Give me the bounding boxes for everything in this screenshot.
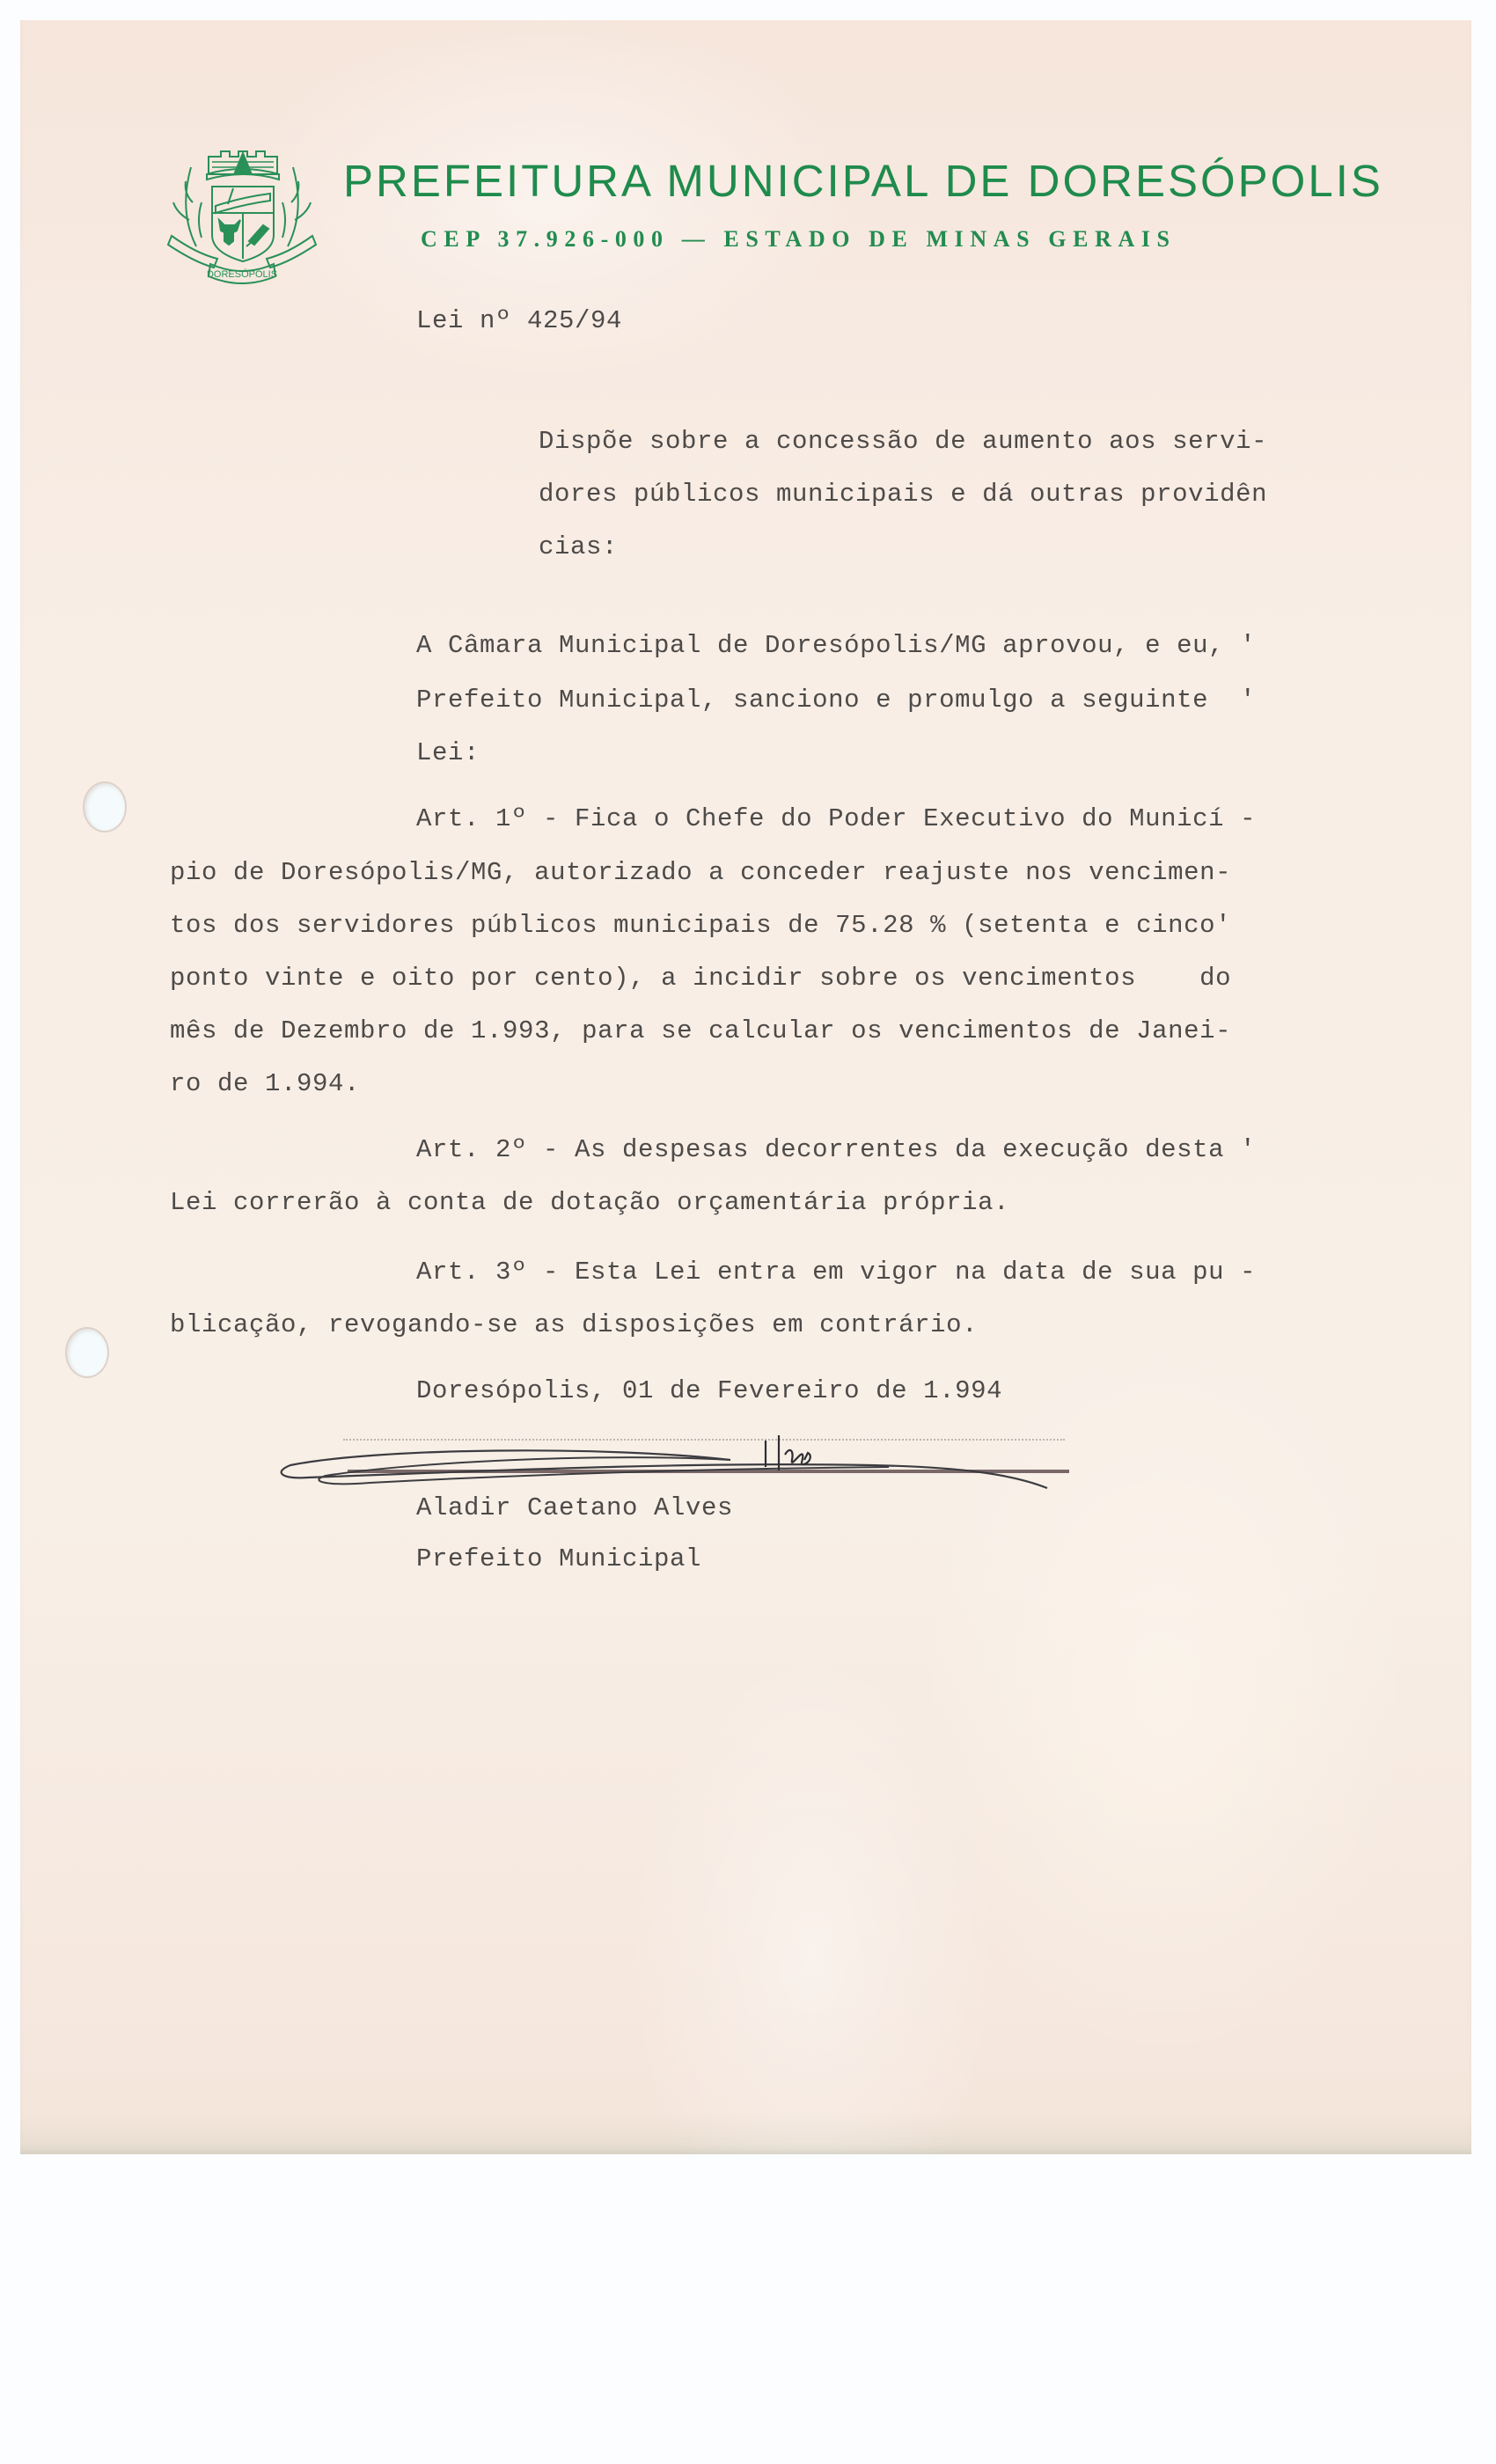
- article-line: pio de Doresópolis/MG, autorizado a conc…: [170, 860, 1231, 885]
- ementa-line: dores públicos municipais e dá outras pr…: [539, 481, 1267, 507]
- preamble-line: Lei:: [416, 740, 480, 766]
- letterhead-subtitle: CEP 37.926-000 — ESTADO DE MINAS GERAIS: [421, 228, 1177, 251]
- punch-hole: [67, 1329, 107, 1376]
- article-line: Lei correrão à conta de dotação orçament…: [170, 1190, 1009, 1215]
- preamble-line: A Câmara Municipal de Doresópolis/MG apr…: [416, 633, 1256, 658]
- article-line: Art. 2º - As despesas decorrentes da exe…: [416, 1137, 1256, 1162]
- article-line: blicação, revogando-se as disposições em…: [170, 1312, 978, 1338]
- ementa-line: Dispõe sobre a concessão de aumento aos …: [539, 429, 1267, 454]
- ementa-line: cias:: [539, 534, 618, 560]
- place-date: Doresópolis, 01 de Fevereiro de 1.994: [416, 1378, 1002, 1404]
- article-line: ro de 1.994.: [170, 1071, 360, 1096]
- signatory-name: Aladir Caetano Alves: [416, 1495, 733, 1521]
- preamble-line: Prefeito Municipal, sanciono e promulgo …: [416, 687, 1256, 713]
- article-line: tos dos servidores públicos municipais d…: [170, 913, 1231, 938]
- svg-text:DORESÓPOLIS: DORESÓPOLIS: [207, 268, 277, 280]
- signatory-title: Prefeito Municipal: [416, 1546, 701, 1572]
- article-line: mês de Dezembro de 1.993, para se calcul…: [170, 1018, 1231, 1044]
- article-line: Art. 3º - Esta Lei entra em vigor na dat…: [416, 1259, 1256, 1285]
- article-line: Art. 1º - Fica o Chefe do Poder Executiv…: [416, 806, 1256, 832]
- punch-hole: [84, 783, 125, 831]
- letterhead-title: PREFEITURA MUNICIPAL DE DORESÓPOLIS: [343, 158, 1383, 203]
- law-number: Lei nº 425/94: [416, 308, 622, 334]
- signature-icon: [273, 1430, 1082, 1500]
- municipal-crest-icon: DORESÓPOLIS: [163, 132, 321, 286]
- article-line: ponto vinte e oito por cento), a incidir…: [170, 965, 1231, 991]
